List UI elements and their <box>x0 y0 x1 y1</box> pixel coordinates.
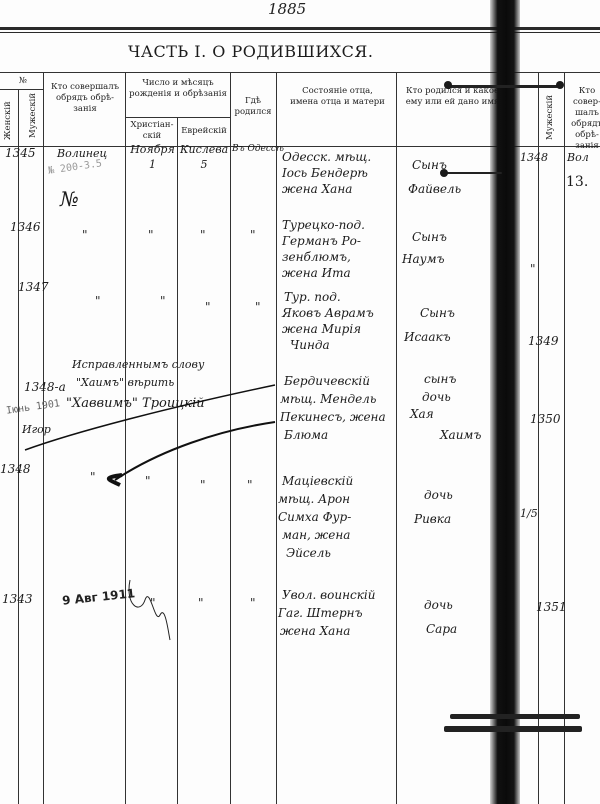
entry-parents-line: Блюма <box>284 428 328 443</box>
correction-strokes <box>0 330 280 490</box>
col-line-7 <box>396 72 397 804</box>
entry-parents-line: Симха Фур- <box>278 510 351 525</box>
header-number: № <box>8 76 38 87</box>
entry-number: 1346 <box>10 220 41 235</box>
page-title: ЧАСТЬ I. О РОДИВШИХСЯ. <box>128 42 373 61</box>
ditto-mark: " <box>82 228 88 242</box>
entry-parents-line: Мацiевскій <box>282 474 353 489</box>
ditto-mark: " <box>255 300 261 314</box>
entry-parents-line: Турецко-под. <box>282 218 365 233</box>
margin-stamp: № <box>60 192 79 207</box>
header-date-jewish: Еврейскій <box>179 126 229 137</box>
col-line-8 <box>538 72 539 804</box>
entry-parents-line: Пекинесъ, жена <box>280 410 386 425</box>
entry-parents-line: Германъ Ро- <box>282 234 361 249</box>
ditto-mark: " <box>145 474 151 488</box>
header-female: Женскій <box>3 101 13 140</box>
header-officiant: Кто совершалъ обрядъ обрѣ-занія <box>50 82 120 115</box>
entry-birthplace: Въ Одессѣ <box>232 142 284 157</box>
right-number: 1350 <box>530 412 561 427</box>
entry-date-jewish: Кислева 5 <box>180 142 228 172</box>
ditto-mark: " <box>160 294 166 308</box>
squiggle-mark <box>120 575 180 645</box>
entry-parents-line: жена Хана <box>282 182 352 197</box>
stitch-knot <box>556 81 564 89</box>
entry-child-line: Файвель <box>408 182 461 197</box>
ditto-mark: " <box>198 596 204 610</box>
entry-child-line: Сынъ <box>412 230 447 245</box>
ditto-mark: " <box>200 478 206 492</box>
entry-parents-line: мѣщ. Арон <box>278 492 350 507</box>
header-child: Кто родился и какое ему или ей дано имя <box>405 86 500 108</box>
ditto-mark: " <box>90 470 96 484</box>
stitch <box>442 172 502 174</box>
entry-parents-line: Эйсель <box>286 546 331 561</box>
col-line-9 <box>564 72 565 804</box>
entry-child-line: Исаакъ <box>404 330 451 345</box>
entry-child-line: дочь <box>424 488 453 503</box>
ditto-mark: " <box>247 478 253 492</box>
ditto-mark: " <box>200 228 206 242</box>
right-note: 13. <box>566 175 588 190</box>
entry-child-line: дочь <box>424 598 453 613</box>
entry-number: 1345 <box>5 146 36 161</box>
year-note: 1885 <box>268 0 306 18</box>
header-date: Число и мѣсяцъ рожденія и обрѣзанія <box>128 78 228 100</box>
ditto-mark: " <box>250 596 256 610</box>
entry-parents-line: Тур. под. <box>284 290 341 305</box>
faded-stamp: № 200-3.5 <box>47 158 102 176</box>
number-group-line <box>0 89 43 90</box>
entry-parents-line: Гаг. Штернъ <box>278 606 363 621</box>
entry-parents-line: Одесск. мѣщ. <box>282 150 371 165</box>
document-page: 1885 ЧАСТЬ I. О РОДИВШИХСЯ. № Женскій Му… <box>0 0 600 804</box>
entry-child-line: Сынъ <box>420 306 455 321</box>
stitch <box>450 714 580 719</box>
stitch-knot <box>444 81 452 89</box>
right-number: 1/5 <box>520 506 538 521</box>
entry-child-line: Хая <box>410 407 434 422</box>
entry-child-line: Хаимъ <box>440 428 481 443</box>
ditto-mark: " <box>530 262 536 276</box>
entry-child-line: сынъ <box>424 372 456 387</box>
entry-parents-line: Бердичевскій <box>284 374 370 389</box>
entry-child-line: дочь <box>422 390 451 405</box>
header-parents: Состояніе отца, имена отца и матери <box>290 86 385 108</box>
entry-child-line: Наумъ <box>402 252 445 267</box>
header-officiant-right: Кто совер-шалъ обрядъ обрѣ-занія <box>567 86 600 152</box>
header-male-right: Мужескій <box>545 95 555 140</box>
header-date-christian: Христіан-скій <box>128 120 176 142</box>
right-number: 1348 <box>520 150 548 165</box>
right-number: 1349 <box>528 334 559 349</box>
header-male: Мужескій <box>28 93 38 138</box>
ditto-mark: " <box>250 228 256 242</box>
binding-spine <box>490 0 520 804</box>
entry-parents-line: мѣщ. Мендель <box>280 392 376 407</box>
entry-parents-line: Іось Бендерѣ <box>282 166 368 181</box>
entry-date-christian: Ноября 1 <box>130 142 175 172</box>
entry-child-line: Сара <box>426 622 457 637</box>
entry-parents-line: жена Хана <box>280 624 350 639</box>
entry-child-line: Ривка <box>414 512 451 527</box>
entry-parents-line: ман, жена <box>282 528 350 543</box>
right-number: 1351 <box>536 600 567 615</box>
header-birthplace: Гдѣ родился <box>233 96 273 118</box>
stitch <box>448 85 558 88</box>
entry-parents-line: Чинда <box>290 338 330 353</box>
right-officiant: Вол <box>567 150 589 165</box>
stitch <box>444 726 582 732</box>
ditto-mark: " <box>148 228 154 242</box>
entry-number: 1348 <box>0 462 31 477</box>
entry-parents-line: жена Ита <box>282 266 351 281</box>
entry-parents-line: зенблюмъ, <box>282 250 351 265</box>
entry-number: 1343 <box>2 592 33 607</box>
entry-parents-line: Яковъ Аврамъ <box>282 306 374 321</box>
entry-parents-line: жена Мирiя <box>282 322 361 337</box>
stitch-knot <box>440 169 448 177</box>
ditto-mark: " <box>205 300 211 314</box>
entry-parents-line: Увол. воинскій <box>282 588 375 603</box>
entry-number: 1347 <box>18 280 49 295</box>
ditto-mark: " <box>95 294 101 308</box>
